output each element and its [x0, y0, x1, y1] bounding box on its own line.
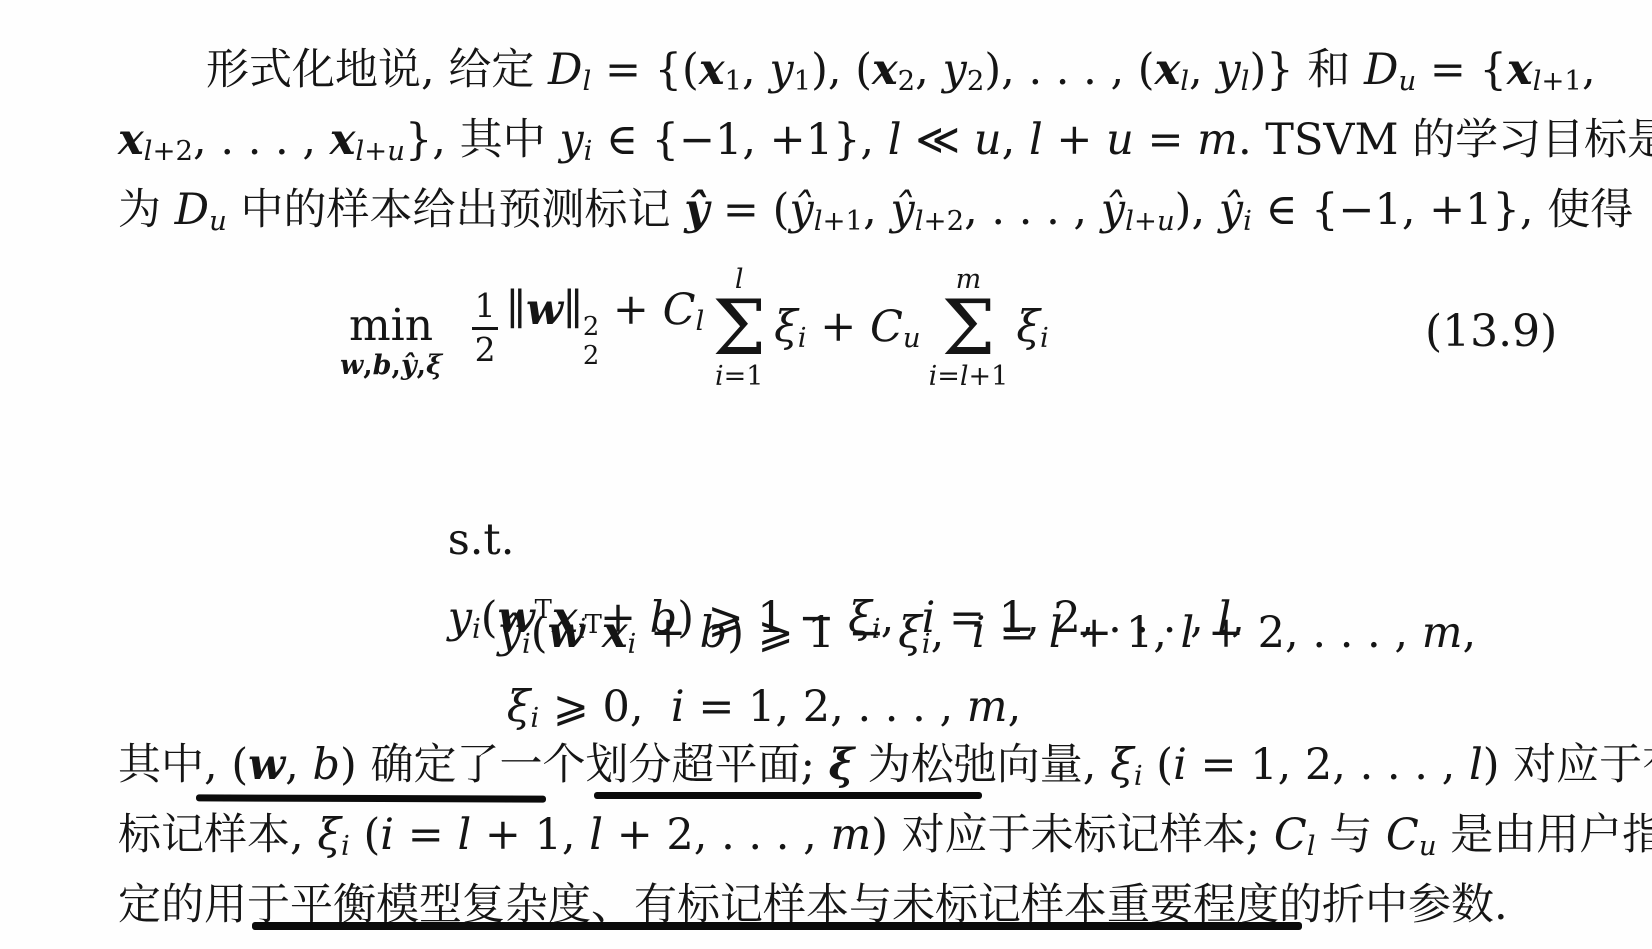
- textbook-page: 形式化地说, 给定 Dl = {(x1, y1), (x2, y2), . . …: [0, 0, 1652, 949]
- intro-paragraph: 形式化地说, 给定 Dl = {(x1, y1), (x2, y2), . . …: [118, 35, 1652, 245]
- objective-last-term: ξi: [1016, 302, 1049, 354]
- sigma-icon: Σ: [942, 295, 996, 362]
- fraction-numerator: 1: [475, 289, 496, 324]
- equation-number: (13.9): [1425, 297, 1557, 367]
- explanation-line-2: 标记样本, ξi (i = l + 1, l + 2, . . . , m) 对…: [118, 800, 1652, 870]
- sum-labeled-samples: l Σ i=1: [712, 264, 766, 393]
- min-operator: min w,b,ŷ,ξ: [340, 304, 442, 383]
- fraction-denominator: 2: [475, 333, 496, 368]
- fraction-one-half: 1 2: [472, 289, 498, 367]
- explanation-line-1: 其中, (w, b) 确定了一个划分超平面; ξ 为松弛向量, ξi (i = …: [118, 730, 1652, 800]
- sigma-icon: Σ: [712, 295, 766, 362]
- pen-underline-hyperplane: [196, 794, 546, 802]
- objective-norm-term: ∥w∥22 + Cl: [506, 285, 704, 371]
- sum-lower-limit: i=l+1: [929, 361, 1009, 392]
- min-label: min: [349, 304, 433, 348]
- sum-lower-limit: i=1: [715, 361, 763, 392]
- sum-unlabeled-samples: m Σ i=l+1: [929, 264, 1009, 393]
- min-subscript: w,b,ŷ,ξ: [340, 348, 442, 383]
- constraint-3-body: ξi ⩾ 0, i = 1, 2, . . . , m,: [507, 682, 1022, 732]
- objective-middle-term: ξi + Cu: [774, 302, 921, 354]
- intro-line-1: 形式化地说, 给定 Dl = {(x1, y1), (x2, y2), . . …: [118, 35, 1652, 105]
- explanation-paragraph: 其中, (w, b) 确定了一个划分超平面; ξ 为松弛向量, ξi (i = …: [118, 730, 1652, 940]
- intro-line-2: xl+2, . . . , xl+u}, 其中 yi ∈ {−1, +1}, l…: [118, 105, 1652, 175]
- pen-underline-slack-vector: [594, 792, 982, 799]
- equation-objective: min w,b,ŷ,ξ 1 2 ∥w∥22 + Cl l Σ i=1 ξi + …: [340, 250, 1049, 406]
- intro-line-3: 为 Du 中的样本给出预测标记 ŷ = (ŷl+1, ŷl+2, . . . ,…: [118, 175, 1652, 245]
- pen-underline-tradeoff-params: [252, 922, 1302, 930]
